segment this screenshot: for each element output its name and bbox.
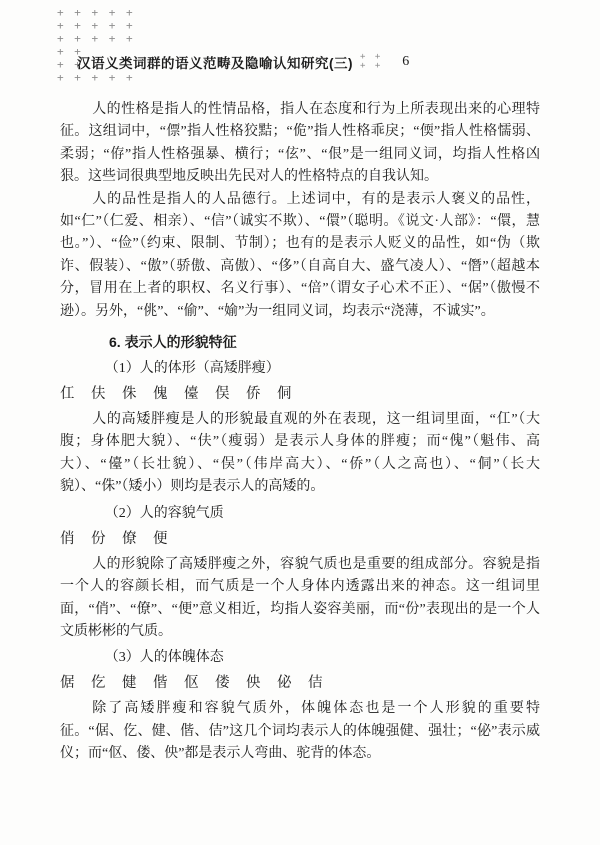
plus-row: + + + + + [57, 6, 135, 19]
section-heading-appearance: 6. 表示人的形貌特征 [60, 330, 540, 354]
character-list-physique: 倨 仡 健 偕 伛 偻 佒 佖 佶 [60, 671, 540, 696]
page-number: 6 [402, 54, 409, 70]
plus-row: + + + + + [57, 19, 135, 32]
plus-row: + + + + + [57, 71, 135, 84]
paragraph-physique: 除了高矮胖瘦和容貌气质外，体魄体态也是一个人形貌的重要特征。“倨、仡、健、偕、佶… [60, 698, 540, 765]
paragraph-looks: 人的形貌除了高矮胖瘦之外，容貌气质也是重要的组成部分。容貌是指一个人的容颜长相，… [60, 554, 540, 644]
plus-row: + + + + + [57, 32, 135, 45]
paragraph-body-shape: 人的高矮胖瘦是人的形貌最直观的外在表现，这一组词里面，“仜”（大腹；身体肥大貌）… [60, 409, 540, 499]
paragraph-morality: 人的品性是指人的人品德行。上述词中，有的是表示人褒义的品性，如“仁”（仁爱、相亲… [60, 189, 540, 323]
page-body: 人的性格是指人的性情品格，指人在态度和行为上所表现出来的心理特征。这组词中，“僄… [60, 99, 540, 766]
running-header: 汉语义类词群的语义范畴及隐喻认知研究(三) + + + + 6 [77, 52, 409, 72]
paragraph-personality: 人的性格是指人的性情品格，指人在态度和行为上所表现出来的心理特征。这组词中，“僄… [60, 99, 540, 189]
character-list-body-shape: 仜 伕 侏 傀 儓 俣 侨 侗 [60, 382, 540, 407]
subsection-title-looks: （2）人的容貌气质 [60, 501, 540, 526]
plus-row: + + [360, 62, 382, 71]
proof-plus-marks: + + + + ++ + + + ++ + + + ++ ++ ++ + + +… [57, 6, 135, 84]
proof-plus-marks-right: + + + + [360, 53, 382, 71]
book-page: + + + + ++ + + + ++ + + + ++ ++ ++ + + +… [0, 0, 600, 845]
character-list-looks: 俏 份 僚 便 [60, 527, 540, 552]
subsection-title-physique: （3）人的体魄体态 [60, 645, 540, 670]
running-header-title: 汉语义类词群的语义范畴及隐喻认知研究(三) [77, 52, 353, 72]
subsection-title-body-shape: （1）人的体形（高矮胖瘦） [60, 356, 540, 381]
